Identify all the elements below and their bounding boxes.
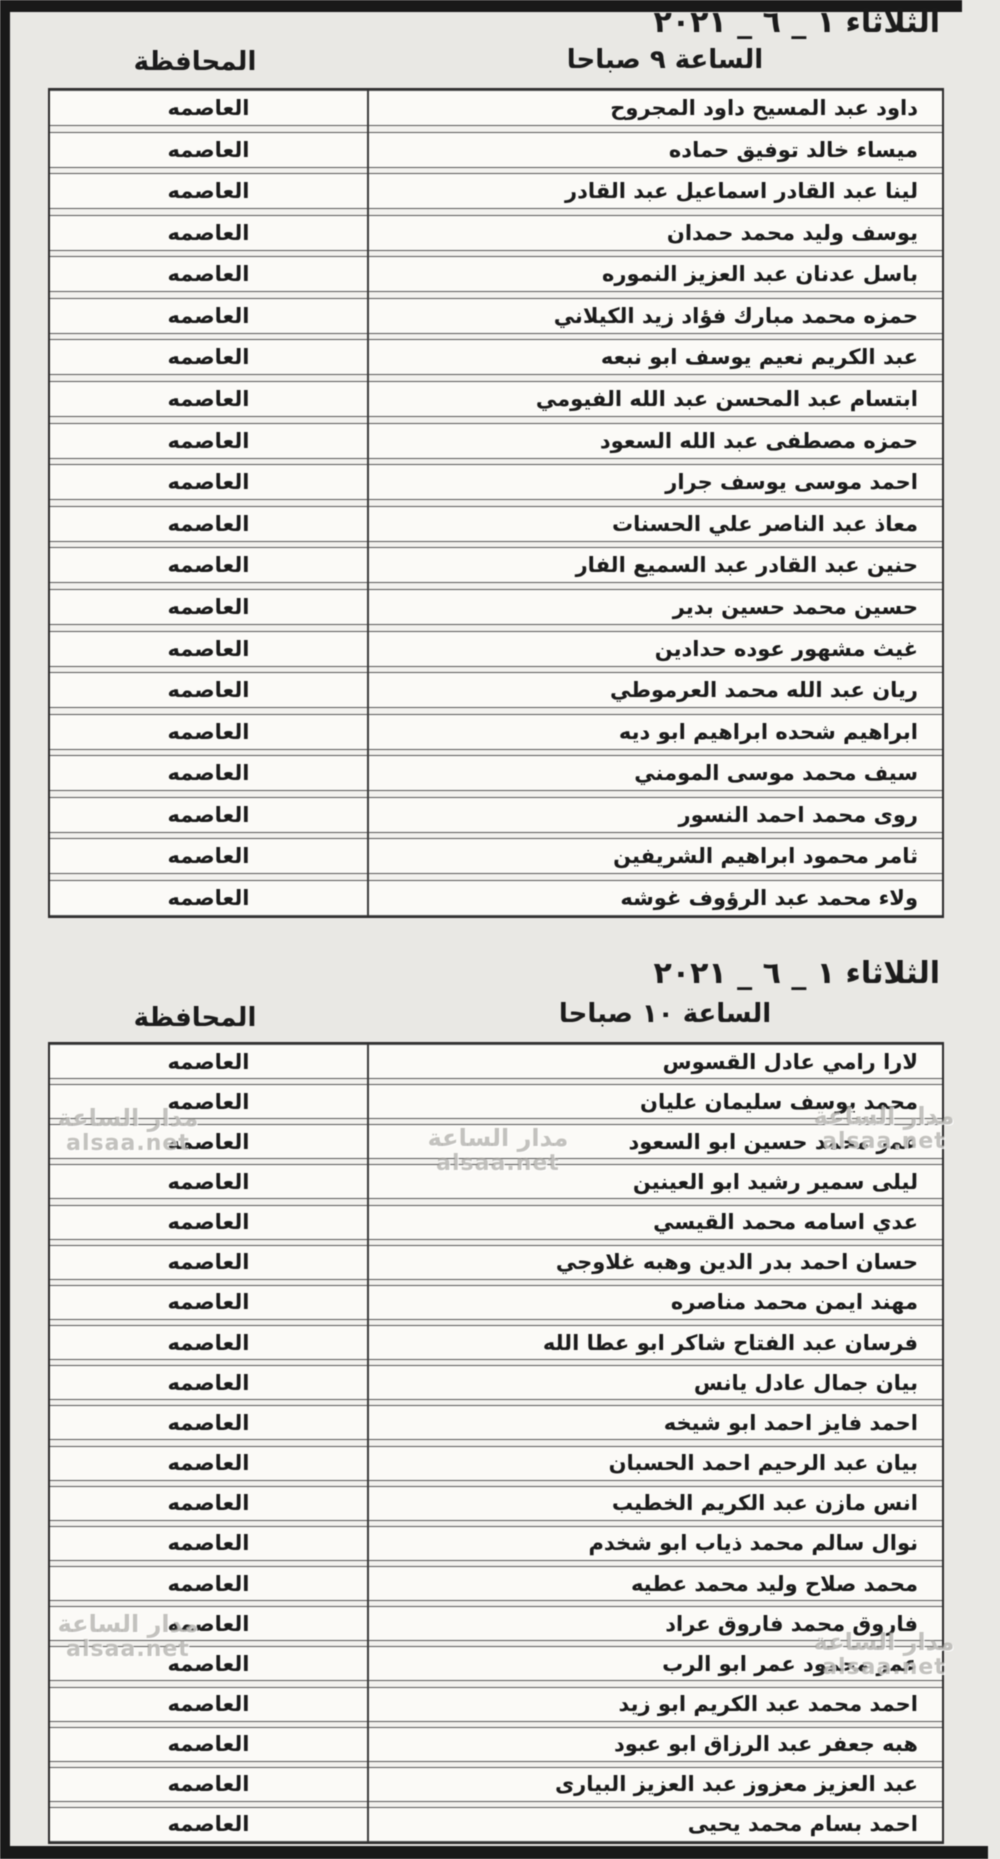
name-cell: نوال سالم محمد ذياب ابو شخدم: [367, 1527, 942, 1560]
name-cell: بيان جمال عادل يانس: [367, 1366, 942, 1399]
table-row: العاصمهحمزه محمد مبارك فؤاد زيد الكيلاني: [50, 298, 942, 334]
name-cell: هبه جعفر عبد الرزاق ابو عبود: [367, 1728, 942, 1761]
table-row: العاصمهعبد الكريم نعيم يوسف ابو نبعه: [50, 339, 942, 375]
governorate-cell: العاصمه: [50, 1447, 367, 1480]
governorate-cell: العاصمه: [50, 174, 367, 208]
table-row: العاصمهانس مازن عبد الكريم الخطيب: [50, 1486, 942, 1521]
table-row: العاصمهباسل عدنان عبد العزيز النموره: [50, 256, 942, 292]
name-cell: غيث مشهور عوده حدادين: [367, 632, 942, 666]
name-cell: عمر محمد حسين ابو السعود: [367, 1125, 942, 1158]
table-row: العاصمهثامر محمود ابراهيم الشريفين: [50, 838, 942, 874]
table-row: العاصمهداود عبد المسيح داود المجروح: [50, 90, 942, 126]
table-row: العاصمهاحمد بسام محمد يحيى: [50, 1807, 942, 1842]
name-cell: حنين عبد القادر عبد السميع الفار: [367, 548, 942, 582]
schedule-section-10am: الثلاثاء ١ _ ٦ _ ٢٠٢١ الساعة ١٠ صباحا ال…: [0, 952, 1000, 1852]
section-title: الثلاثاء ١ _ ٦ _ ٢٠٢١: [653, 5, 940, 40]
section-time: الساعة ٩ صباحا: [515, 45, 815, 75]
name-cell: محمد يوسف سليمان عليان: [367, 1085, 942, 1118]
governorate-cell: العاصمه: [50, 1688, 367, 1721]
governorate-cell: العاصمه: [50, 1527, 367, 1560]
governorate-cell: العاصمه: [50, 1647, 367, 1680]
table-row: العاصمهليلى سمير رشيد ابو العينين: [50, 1164, 942, 1199]
governorate-cell: العاصمه: [50, 1165, 367, 1198]
table-row: العاصمهلينا عبد القادر اسماعيل عبد القاد…: [50, 173, 942, 209]
name-cell: ابتسام عبد المحسن عبد الله الفيومي: [367, 382, 942, 416]
schedule-section-9am: الثلاثاء ١ _ ٦ _ ٢٠٢١ الساعة ٩ صباحا الم…: [0, 0, 1000, 952]
table-row: العاصمهيوسف وليد محمد حمدان: [50, 215, 942, 251]
governorate-cell: العاصمه: [50, 1206, 367, 1239]
governorate-cell: العاصمه: [50, 507, 367, 541]
name-cell: ولاء محمد عبد الرؤوف غوشه: [367, 881, 942, 915]
name-cell: بيان عبد الرحيم احمد الحسبان: [367, 1447, 942, 1480]
governorate-cell: العاصمه: [50, 382, 367, 416]
table-row: العاصمههبه جعفر عبد الرزاق ابو عبود: [50, 1727, 942, 1762]
name-cell: روى محمد احمد النسور: [367, 798, 942, 832]
governorate-cell: العاصمه: [50, 1768, 367, 1801]
name-cell: احمد موسى يوسف جرار: [367, 465, 942, 499]
name-cell: مهند ايمن محمد مناصره: [367, 1286, 942, 1319]
governorate-cell: العاصمه: [50, 1487, 367, 1520]
table-row: العاصمهمهند ايمن محمد مناصره: [50, 1285, 942, 1320]
name-cell: فاروق محمد فاروق عراد: [367, 1607, 942, 1640]
governorate-cell: العاصمه: [50, 424, 367, 458]
name-cell: باسل عدنان عبد العزيز النموره: [367, 257, 942, 291]
table-row: العاصمهاحمد محمد عبد الكريم ابو زيد: [50, 1687, 942, 1722]
governorate-cell: العاصمه: [50, 299, 367, 333]
governorate-cell: العاصمه: [50, 465, 367, 499]
name-cell: ليلى سمير رشيد ابو العينين: [367, 1165, 942, 1198]
governorate-cell: العاصمه: [50, 257, 367, 291]
table-row: العاصمهفاروق محمد فاروق عراد: [50, 1606, 942, 1641]
governorate-cell: العاصمه: [50, 548, 367, 582]
section-time: الساعة ١٠ صباحا: [515, 999, 815, 1029]
table-row: العاصمهحمزه مصطفى عبد الله السعود: [50, 423, 942, 459]
column-header-governorate: المحافظة: [55, 1003, 335, 1033]
table-column-divider: [367, 90, 369, 916]
table-row: العاصمهعمر محمد حسين ابو السعود: [50, 1124, 942, 1159]
schedule-table: العاصمهداود عبد المسيح داود المجروحالعاص…: [48, 88, 944, 918]
scanned-document-page: الثلاثاء ١ _ ٦ _ ٢٠٢١ الساعة ٩ صباحا الم…: [0, 0, 1000, 1859]
name-cell: حسان احمد بدر الدين وهبه غلاوجي: [367, 1246, 942, 1279]
table-row: العاصمهبيان جمال عادل يانس: [50, 1365, 942, 1400]
table-row: العاصمهمعاذ عبد الناصر علي الحسنات: [50, 506, 942, 542]
governorate-cell: العاصمه: [50, 590, 367, 624]
table-row: العاصمهميساء خالد توفيق حماده: [50, 132, 942, 168]
table-row: العاصمهحسان احمد بدر الدين وهبه غلاوجي: [50, 1245, 942, 1280]
name-cell: حسين محمد حسين بدير: [367, 590, 942, 624]
governorate-cell: العاصمه: [50, 133, 367, 167]
table-row: العاصمهمحمد صلاح وليد محمد عطيه: [50, 1566, 942, 1601]
governorate-cell: العاصمه: [50, 1808, 367, 1841]
column-header-governorate: المحافظة: [55, 47, 335, 77]
table-row: العاصمهسيف محمد موسى المومني: [50, 755, 942, 791]
governorate-cell: العاصمه: [50, 798, 367, 832]
table-row: العاصمهنوال سالم محمد ذياب ابو شخدم: [50, 1526, 942, 1561]
name-cell: عبد الكريم نعيم يوسف ابو نبعه: [367, 340, 942, 374]
table-row: العاصمهعبد العزيز معزوز عبد العزيز البيا…: [50, 1767, 942, 1802]
section-title: الثلاثاء ١ _ ٦ _ ٢٠٢١: [653, 956, 940, 991]
table-row: العاصمهعمر محمود عمر ابو الرب: [50, 1646, 942, 1681]
governorate-cell: العاصمه: [50, 1366, 367, 1399]
table-row: العاصمهحسين محمد حسين بدير: [50, 589, 942, 625]
governorate-cell: العاصمه: [50, 715, 367, 749]
governorate-cell: العاصمه: [50, 881, 367, 915]
name-cell: ابراهيم شحده ابراهيم ابو ديه: [367, 715, 942, 749]
name-cell: لينا عبد القادر اسماعيل عبد القادر: [367, 174, 942, 208]
name-cell: معاذ عبد الناصر علي الحسنات: [367, 507, 942, 541]
name-cell: حمزه مصطفى عبد الله السعود: [367, 424, 942, 458]
governorate-cell: العاصمه: [50, 216, 367, 250]
table-row: العاصمهحنين عبد القادر عبد السميع الفار: [50, 547, 942, 583]
name-cell: احمد بسام محمد يحيى: [367, 1808, 942, 1841]
name-cell: ريان عبد الله محمد العرموطي: [367, 673, 942, 707]
name-cell: احمد فايز احمد ابو شيخه: [367, 1406, 942, 1439]
governorate-cell: العاصمه: [50, 1728, 367, 1761]
governorate-cell: العاصمه: [50, 1326, 367, 1359]
governorate-cell: العاصمه: [50, 1125, 367, 1158]
name-cell: عبد العزيز معزوز عبد العزيز البيارى: [367, 1768, 942, 1801]
table-row: العاصمهاحمد فايز احمد ابو شيخه: [50, 1405, 942, 1440]
governorate-cell: العاصمه: [50, 1607, 367, 1640]
table-column-divider: [367, 1044, 369, 1842]
table-row: العاصمهابتسام عبد المحسن عبد الله الفيوم…: [50, 381, 942, 417]
name-cell: احمد محمد عبد الكريم ابو زيد: [367, 1688, 942, 1721]
name-cell: لارا رامي عادل القسوس: [367, 1045, 942, 1078]
governorate-cell: العاصمه: [50, 1045, 367, 1078]
governorate-cell: العاصمه: [50, 1406, 367, 1439]
name-cell: عدي اسامه محمد القيسي: [367, 1206, 942, 1239]
name-cell: ميساء خالد توفيق حماده: [367, 133, 942, 167]
table-row: العاصمهريان عبد الله محمد العرموطي: [50, 672, 942, 708]
table-row: العاصمهاحمد موسى يوسف جرار: [50, 464, 942, 500]
page-content: الثلاثاء ١ _ ٦ _ ٢٠٢١ الساعة ٩ صباحا الم…: [0, 0, 1000, 1859]
table-row: العاصمهروى محمد احمد النسور: [50, 797, 942, 833]
name-cell: عمر محمود عمر ابو الرب: [367, 1647, 942, 1680]
name-cell: حمزه محمد مبارك فؤاد زيد الكيلاني: [367, 299, 942, 333]
name-cell: محمد صلاح وليد محمد عطيه: [367, 1567, 942, 1600]
table-row: العاصمهابراهيم شحده ابراهيم ابو ديه: [50, 714, 942, 750]
table-row: العاصمهفرسان عبد الفتاح شاكر ابو عطا الل…: [50, 1325, 942, 1360]
governorate-cell: العاصمه: [50, 91, 367, 125]
governorate-cell: العاصمه: [50, 340, 367, 374]
governorate-cell: العاصمه: [50, 756, 367, 790]
name-cell: سيف محمد موسى المومني: [367, 756, 942, 790]
name-cell: داود عبد المسيح داود المجروح: [367, 91, 942, 125]
schedule-table: العاصمهلارا رامي عادل القسوسالعاصمهمحمد …: [48, 1042, 944, 1844]
governorate-cell: العاصمه: [50, 632, 367, 666]
governorate-cell: العاصمه: [50, 839, 367, 873]
governorate-cell: العاصمه: [50, 1567, 367, 1600]
name-cell: يوسف وليد محمد حمدان: [367, 216, 942, 250]
table-row: العاصمهولاء محمد عبد الرؤوف غوشه: [50, 880, 942, 916]
table-row: العاصمهبيان عبد الرحيم احمد الحسبان: [50, 1446, 942, 1481]
governorate-cell: العاصمه: [50, 1246, 367, 1279]
table-row: العاصمهلارا رامي عادل القسوس: [50, 1044, 942, 1079]
name-cell: ثامر محمود ابراهيم الشريفين: [367, 839, 942, 873]
governorate-cell: العاصمه: [50, 673, 367, 707]
table-row: العاصمهعدي اسامه محمد القيسي: [50, 1205, 942, 1240]
table-row: العاصمهغيث مشهور عوده حدادين: [50, 631, 942, 667]
name-cell: فرسان عبد الفتاح شاكر ابو عطا الله: [367, 1326, 942, 1359]
name-cell: انس مازن عبد الكريم الخطيب: [367, 1487, 942, 1520]
governorate-cell: العاصمه: [50, 1085, 367, 1118]
table-row: العاصمهمحمد يوسف سليمان عليان: [50, 1084, 942, 1119]
governorate-cell: العاصمه: [50, 1286, 367, 1319]
